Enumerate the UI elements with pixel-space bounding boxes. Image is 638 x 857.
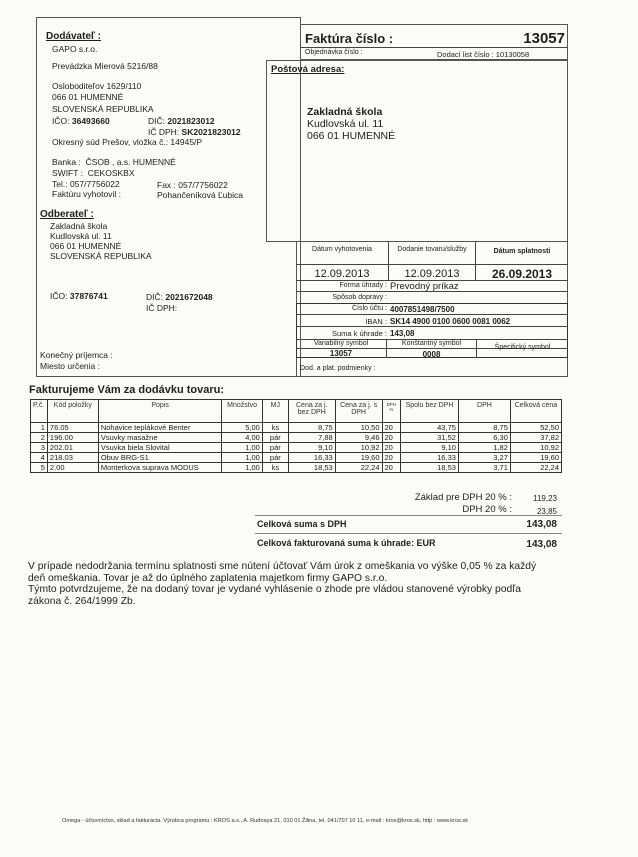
supplier-country: SLOVENSKÁ REPUBLIKA — [52, 104, 154, 114]
cell-unit: ks — [262, 463, 288, 473]
cell-gross: 37,82 — [510, 433, 561, 443]
cell-n: 5 — [31, 463, 48, 473]
invoice-number: 13057 — [510, 30, 565, 47]
supplier-tel: Tel.: 057/7756022 — [52, 179, 120, 189]
cell-vat: 3,27 — [458, 453, 510, 463]
customer-dic-label: DIČ: — [146, 292, 163, 302]
cell-unit: pár — [262, 443, 288, 453]
cell-qty: 1,00 — [222, 453, 262, 463]
delivery-note-number: 10130058 — [496, 50, 529, 59]
vat-label: DPH 20 % : — [330, 504, 512, 515]
cell-n: 3 — [31, 443, 48, 453]
invoice-title: Faktúra číslo : — [305, 31, 393, 46]
cell-qty: 4,00 — [222, 433, 262, 443]
constant-symbol-label: Konštantný symbol — [387, 340, 476, 347]
terms-label: Dod. a plat. podmienky : — [300, 365, 376, 372]
table-row: 52.00Monterkova suprava MODUS1,00ks18,53… — [31, 463, 562, 473]
constant-symbol: 0008 — [387, 350, 476, 359]
cell-vat: 1,82 — [458, 443, 510, 453]
postal-name: Zakladná škola — [307, 106, 382, 118]
footer-text: Omega - účtovníctvo, sklad a fakturácia.… — [62, 818, 468, 824]
customer-ico-label: IČO: — [50, 291, 67, 301]
cell-price_vat: 10,92 — [335, 443, 382, 453]
column-header: Cena za j. bez DPH — [288, 400, 335, 423]
cell-desc: Vsuvky masažne — [98, 433, 222, 443]
supplier-dic: 2021823012 — [167, 116, 214, 126]
issued-by-label: Faktúru vyhotovil : — [52, 189, 121, 199]
customer-city: 066 01 HUMENNÉ — [50, 241, 121, 251]
cell-n: 2 — [31, 433, 48, 443]
payment-method-label: Forma úhrady : — [296, 282, 387, 289]
customer-icdph-label: IČ DPH: — [146, 303, 177, 313]
due-date: 26.09.2013 — [476, 267, 568, 281]
specific-symbol-label: Špecifický symbol — [477, 344, 568, 351]
vat-base-label: Základ pre DPH 20 % : — [330, 492, 512, 503]
column-header: DPH — [458, 400, 510, 423]
cell-gross: 19,60 — [510, 453, 561, 463]
cell-code: 202.01 — [47, 443, 98, 453]
items-header-row: P.č.Kód položkyPopisMnožstvoMJCena za j.… — [31, 400, 562, 423]
bank-name: ČSOB , a.s. HUMENNÉ — [86, 157, 176, 167]
cell-unit: pár — [262, 453, 288, 463]
order-number-label: Objednávka číslo : — [305, 49, 363, 56]
cell-desc: Vsuvka biela Slovital — [98, 443, 222, 453]
supplier-court: Okresný súd Prešov, vložka č.: 14945/P — [52, 137, 202, 147]
supplier-street: Osloboditeľov 1629/110 — [52, 81, 141, 91]
cell-code: 218.03 — [47, 453, 98, 463]
table-row: 2196.00Vsuvky masažne4,00pár7,889,462031… — [31, 433, 562, 443]
cell-desc: Monterkova suprava MODUS — [98, 463, 222, 473]
amount-due: 143,08 — [390, 329, 414, 338]
cell-gross: 52,50 — [510, 423, 561, 433]
cell-desc: Obuv BRG-S1 — [98, 453, 222, 463]
cell-unit: ks — [262, 423, 288, 433]
cell-vat: 3,71 — [458, 463, 510, 473]
account-label: Číslo účtu : — [296, 305, 387, 312]
note-line-4: zákona č. 264/1999 Zb. — [28, 596, 536, 608]
delivery-date-label: Dodanie tovaru/služby — [389, 246, 475, 253]
items-table: P.č.Kód položkyPopisMnožstvoMJCena za j.… — [30, 399, 562, 473]
cell-vat_pct: 20 — [382, 433, 401, 443]
cell-total: 31,52 — [401, 433, 459, 443]
note-line-3: Týmto potvrdzujeme, že na dodaný tovar j… — [28, 584, 536, 596]
postal-heading: Poštová adresa: — [271, 64, 344, 75]
customer-heading: Odberateľ : — [40, 209, 94, 220]
supplier-fax: Fax : 057/7756022 — [157, 180, 228, 190]
table-row: 3202.01Vsuvka biela Slovital1,00pár9,101… — [31, 443, 562, 453]
customer-dic: 2021672048 — [165, 292, 212, 302]
note-line-2: deň omeškania. Tovar je až do úplného za… — [28, 573, 536, 585]
variable-symbol: 13057 — [296, 349, 386, 358]
column-header: Popis — [98, 400, 222, 423]
cell-total: 18,53 — [401, 463, 459, 473]
payment-method: Prevodný príkaz — [390, 281, 459, 292]
swift-label: SWIFT : — [52, 168, 83, 178]
legal-notes: V prípade nedodržania termínu splatnosti… — [28, 561, 536, 607]
cell-total: 9,10 — [401, 443, 459, 453]
supplier-icdph: SK2021823012 — [182, 127, 241, 137]
cell-vat_pct: 20 — [382, 443, 401, 453]
cell-qty: 1,00 — [222, 443, 262, 453]
cell-desc: Nohavice teplákové Benter — [98, 423, 222, 433]
amount-payable-label: Celková fakturovaná suma k úhrade: EUR — [257, 538, 436, 548]
cell-code: 76.05 — [47, 423, 98, 433]
column-header: Celková cena — [510, 400, 561, 423]
cell-price: 9,10 — [288, 443, 335, 453]
final-recipient-label: Konečný príjemca : — [40, 350, 113, 360]
cell-price_vat: 9,46 — [335, 433, 382, 443]
cell-n: 1 — [31, 423, 48, 433]
column-header: Cena za j. s DPH — [335, 400, 382, 423]
delivery-date: 12.09.2013 — [389, 268, 475, 280]
destination-label: Miesto určenia : — [40, 361, 100, 371]
swift-code: CEKOSKBX — [88, 168, 135, 178]
postal-city: 066 01 HUMENNÉ — [307, 130, 395, 142]
supplier-dic-label: DIČ: — [148, 116, 165, 126]
cell-price: 7,88 — [288, 433, 335, 443]
cell-gross: 22,24 — [510, 463, 561, 473]
cell-code: 196.00 — [47, 433, 98, 443]
iban-label: IBAN : — [296, 317, 387, 326]
amount-due-label: Suma k úhrade : — [296, 329, 387, 338]
cell-qty: 1,00 — [222, 463, 262, 473]
gross-total: 143,08 — [500, 519, 557, 530]
cell-gross: 10,92 — [510, 443, 561, 453]
customer-ico: 37876741 — [70, 291, 108, 301]
cell-price_vat: 22,24 — [335, 463, 382, 473]
account-number: 4007851498/7500 — [390, 305, 455, 314]
items-heading: Fakturujeme Vám za dodávku tovaru: — [29, 384, 224, 396]
cell-price_vat: 19,60 — [335, 453, 382, 463]
customer-name: Zakladná škola — [50, 221, 107, 231]
table-row: 4218.03Obuv BRG-S11,00pár16,3319,602016,… — [31, 453, 562, 463]
due-date-label: Dátum splatnosti — [476, 248, 568, 255]
cell-vat_pct: 20 — [382, 453, 401, 463]
table-row: 176.05Nohavice teplákové Benter5,00ks8,7… — [31, 423, 562, 433]
cell-price: 16,33 — [288, 453, 335, 463]
cell-vat: 8,75 — [458, 423, 510, 433]
cell-unit: pár — [262, 433, 288, 443]
cell-price_vat: 10,50 — [335, 423, 382, 433]
cell-n: 4 — [31, 453, 48, 463]
column-header: Spolu bez DPH — [401, 400, 459, 423]
variable-symbol-label: Variabilný symbol — [296, 340, 386, 347]
cell-vat_pct: 20 — [382, 423, 401, 433]
bank-label: Banka : — [52, 157, 81, 167]
supplier-ico: 36493660 — [72, 116, 110, 126]
issue-date: 12.09.2013 — [296, 268, 388, 280]
cell-price: 8,75 — [288, 423, 335, 433]
supplier-ico-label: IČO: — [52, 116, 69, 126]
customer-country: SLOVENSKÁ REPUBLIKA — [50, 251, 152, 261]
cell-total: 43,75 — [401, 423, 459, 433]
column-header: P.č. — [31, 400, 48, 423]
issue-date-label: Dátum vyhotovenia — [296, 246, 388, 253]
gross-total-label: Celková suma s DPH — [257, 519, 347, 529]
customer-street: Kudlovská ul. 11 — [50, 231, 112, 241]
supplier-name: GAPO s.r.o. — [52, 44, 97, 54]
cell-vat_pct: 20 — [382, 463, 401, 473]
column-header: Množstvo — [222, 400, 262, 423]
column-header: Kód položky — [47, 400, 98, 423]
note-line-1: V prípade nedodržania termínu splatnosti… — [28, 561, 536, 573]
column-header: MJ — [262, 400, 288, 423]
cell-total: 16,33 — [401, 453, 459, 463]
supplier-icdph-label: IČ DPH: — [148, 127, 179, 137]
cell-vat: 6,30 — [458, 433, 510, 443]
cell-qty: 5,00 — [222, 423, 262, 433]
iban: SK14 4900 0100 0600 0081 0062 — [390, 317, 510, 326]
transport-label: Spôsob dopravy : — [296, 294, 387, 301]
issued-by: Pohančeníková Ľubica — [157, 190, 243, 200]
supplier-branch: Prevádzka Mierová 5216/88 — [52, 61, 158, 71]
supplier-city: 066 01 HUMENNÉ — [52, 92, 123, 102]
supplier-heading: Dodávateľ : — [46, 31, 101, 42]
cell-code: 2.00 — [47, 463, 98, 473]
cell-price: 18,53 — [288, 463, 335, 473]
postal-street: Kudlovská ul. 11 — [307, 118, 383, 130]
vat-base: 119,23 — [510, 494, 557, 503]
postal-address-box — [266, 60, 568, 242]
column-header: DPH % — [382, 400, 401, 423]
delivery-note-label: Dodací list číslo : — [437, 50, 494, 59]
amount-payable: 143,08 — [500, 539, 557, 550]
